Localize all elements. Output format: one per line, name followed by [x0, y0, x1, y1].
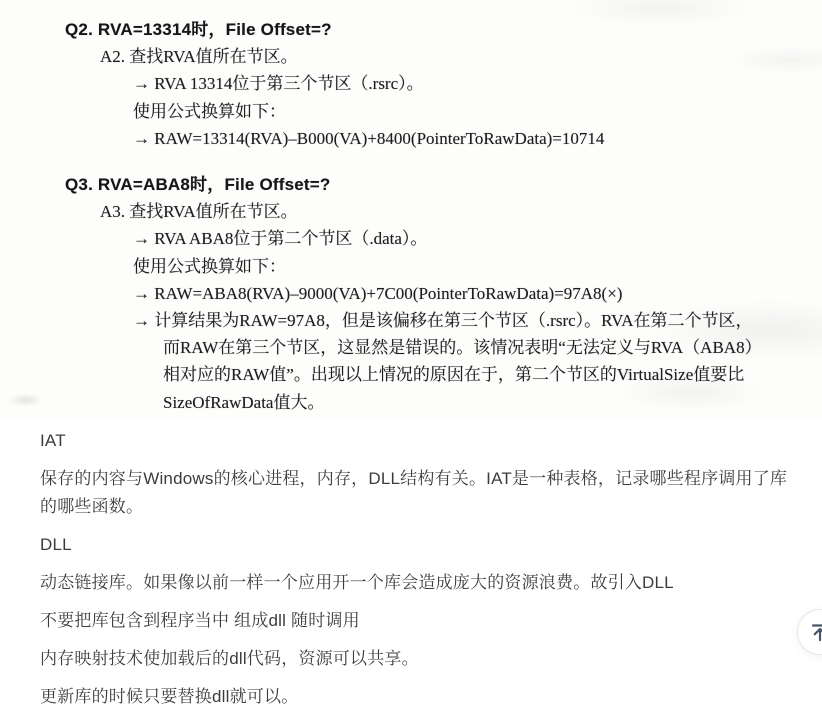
scan-text-line: → RVA ABA8位于第二个节区（.data）。 — [133, 225, 822, 252]
arrow-up-to-line-icon — [809, 621, 822, 643]
scan-text-line: 使用公式换算如下： — [133, 98, 822, 125]
scan-text-line: 使用公式换算如下： — [133, 253, 822, 280]
scan-text-line: 相对应的RAW值”。出现以上情况的原因在于，第二个节区的VirtualSize值… — [163, 361, 822, 388]
scanned-book-image: Q2. RVA=13314时，File Offset=? A2. 查找RVA值所… — [0, 0, 822, 418]
scan-text-line: → 计算结果为RAW=97A8，但是该偏移在第三个节区（.rsrc）。RVA在第… — [133, 307, 822, 334]
note-heading-iat: IAT — [40, 427, 800, 455]
scan-question-q3: Q3. RVA=ABA8时，File Offset=? — [65, 171, 822, 198]
note-paragraph: 内存映射技术使加载后的dll代码，资源可以共享。 — [40, 645, 800, 673]
scan-text-line: SizeOfRawData值大。 — [163, 389, 822, 416]
note-paragraph: 不要把库包含到程序当中 组成dll 随时调用 — [40, 607, 800, 635]
note-paragraph: 动态链接库。如果像以前一样一个应用开一个库会造成庞大的资源浪费。故引入DLL — [40, 569, 800, 597]
note-paragraph: 保存的内容与Windows的核心进程，内存，DLL结构有关。IAT是一种表格，记… — [40, 465, 800, 521]
scan-text-line: → RVA 13314位于第三个节区（.rsrc）。 — [133, 70, 822, 97]
scan-answer-a2: A2. 查找RVA值所在节区。 — [100, 43, 822, 70]
scan-answer-a3: A3. 查找RVA值所在节区。 — [100, 198, 822, 225]
notes-section: IAT 保存的内容与Windows的核心进程，内存，DLL结构有关。IAT是一种… — [40, 427, 800, 721]
note-heading-dll: DLL — [40, 531, 800, 559]
scan-question-q2: Q2. RVA=13314时，File Offset=? — [65, 16, 822, 43]
note-paragraph: 更新库的时候只要替换dll就可以。 — [40, 683, 800, 711]
scan-text-line: 而RAW在第三个节区，这显然是错误的。该情况表明“无法定义与RVA（ABA8） — [163, 334, 822, 361]
scan-formula-line: → RAW=13314(RVA)–B000(VA)+8400(PointerTo… — [133, 125, 822, 152]
scan-formula-line: → RAW=ABA8(RVA)–9000(VA)+7C00(PointerToR… — [133, 280, 822, 307]
back-to-top-button[interactable] — [797, 609, 822, 655]
